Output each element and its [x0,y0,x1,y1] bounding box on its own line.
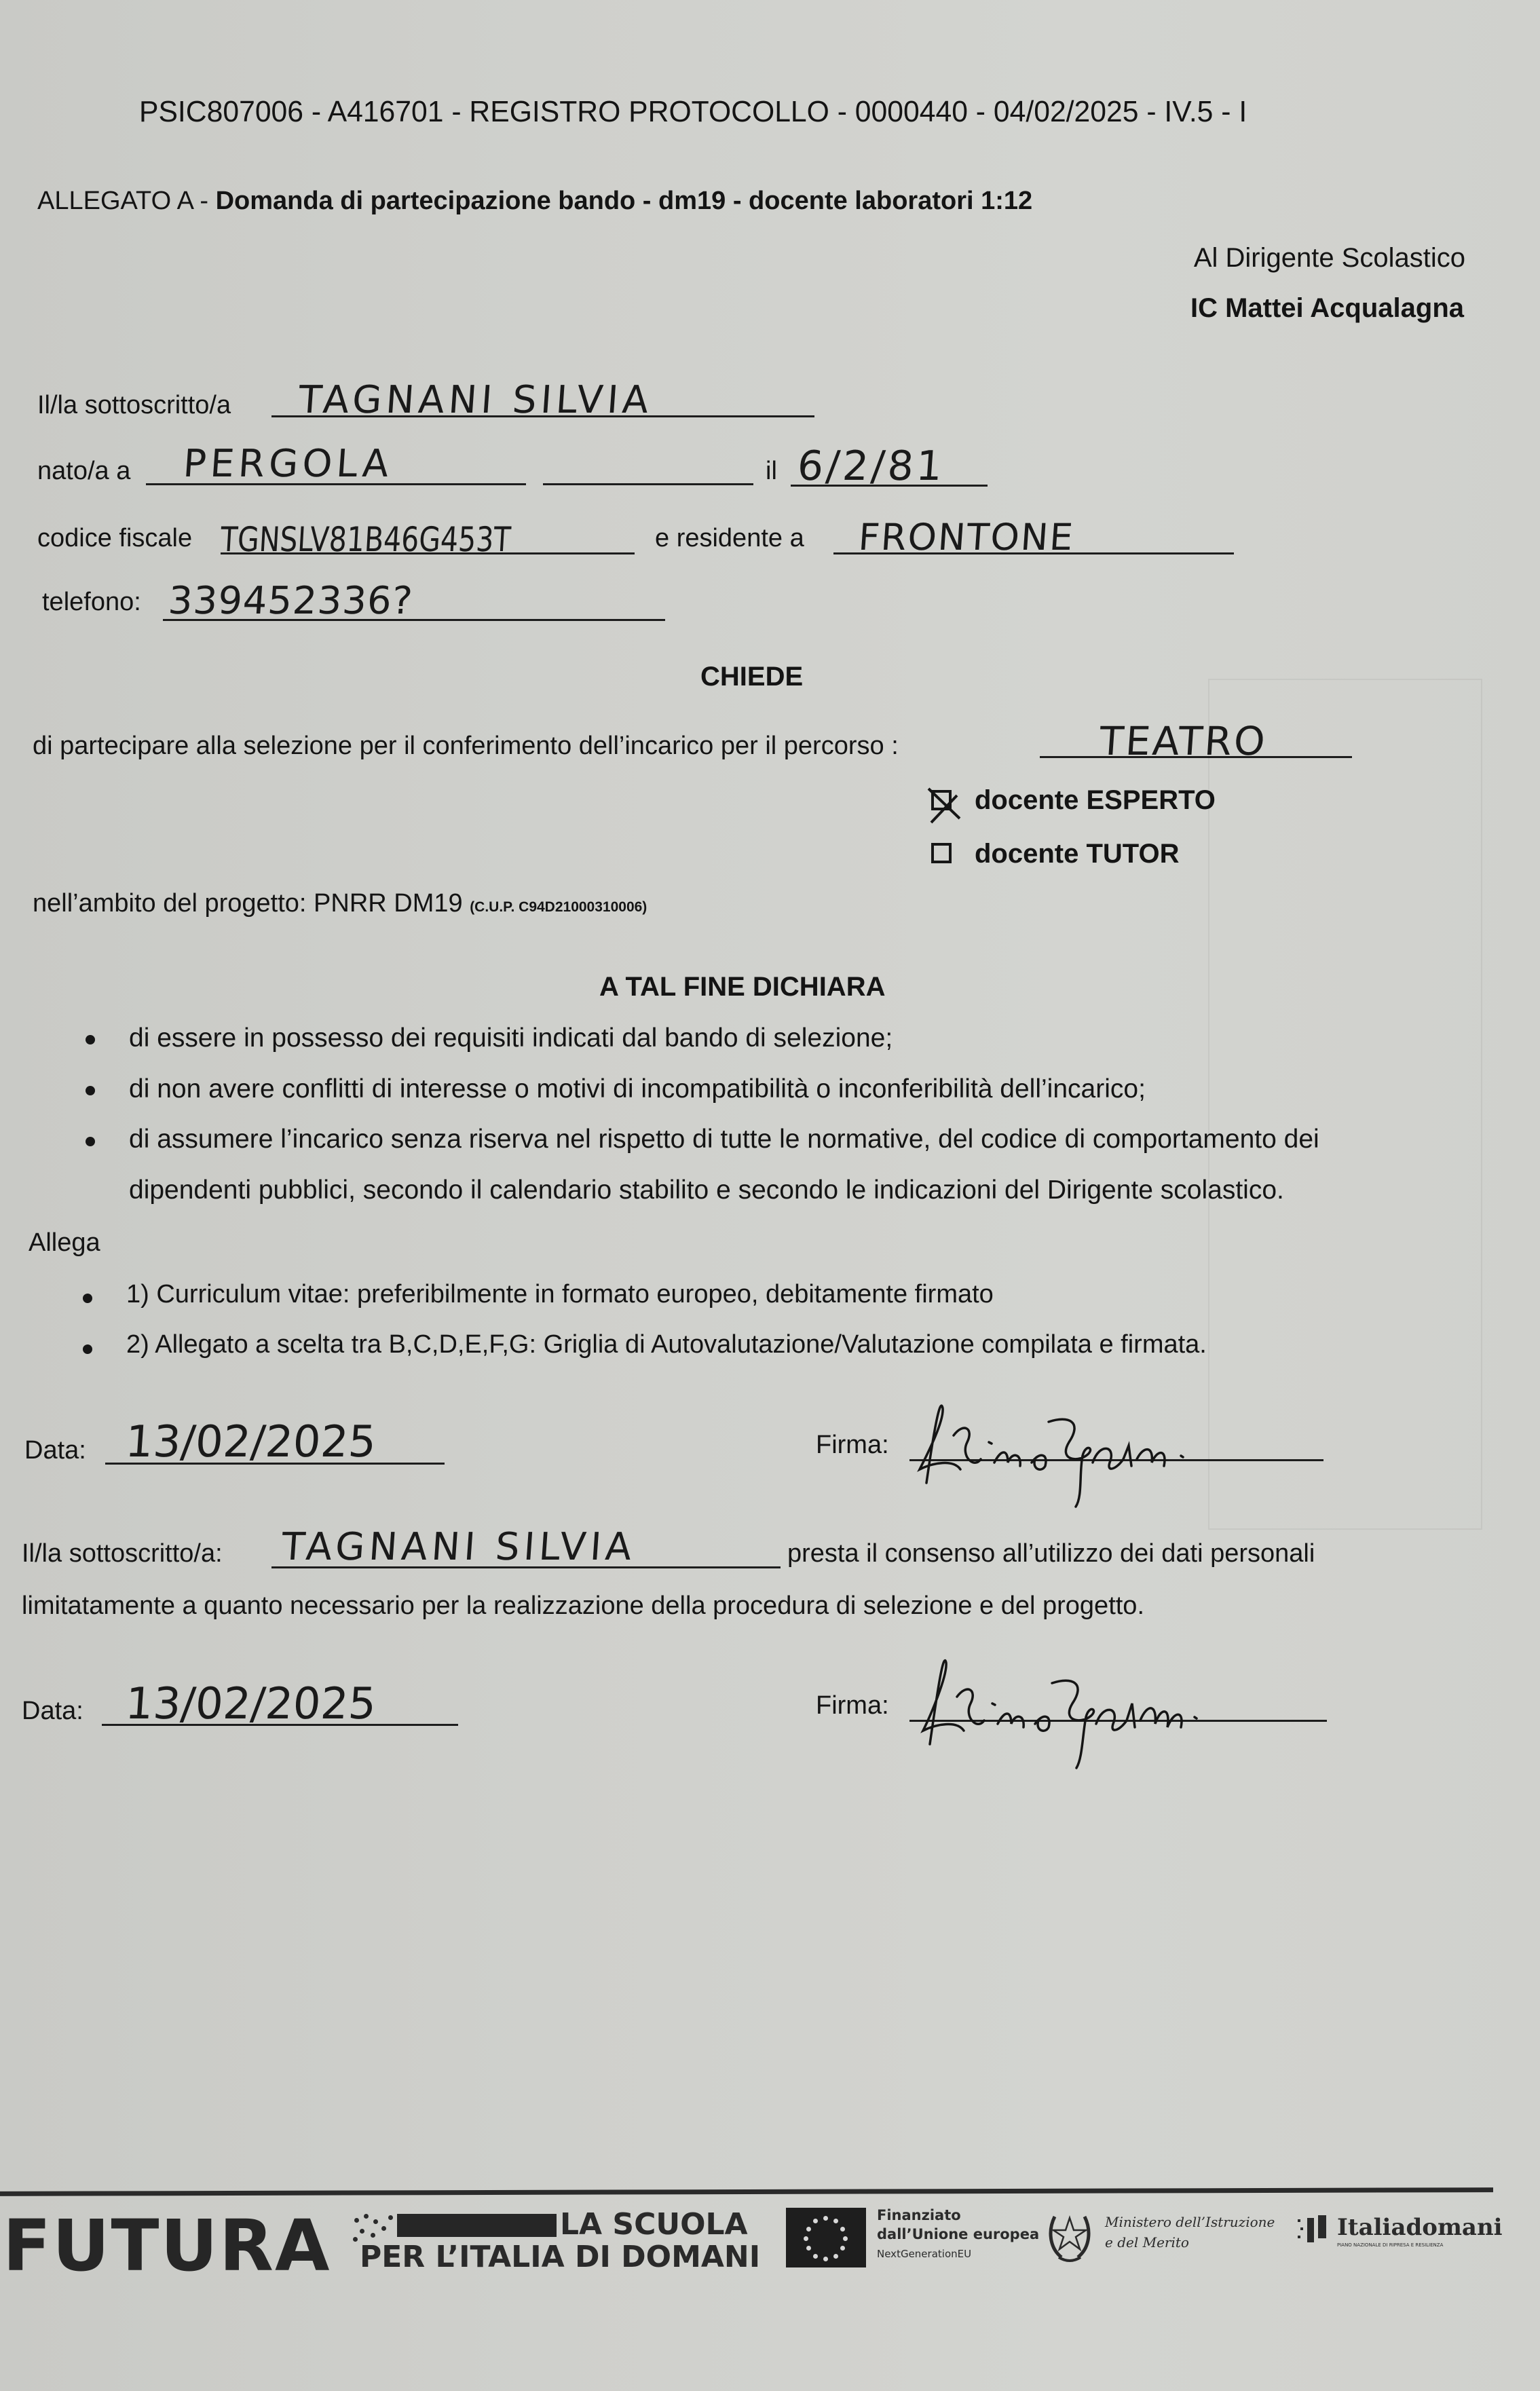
bullet-icon [86,1086,95,1095]
attachment-item: 1) Curriculum vitae: preferibilmente in … [126,1280,994,1309]
request-heading: CHIEDE [700,662,803,692]
date-value-1: 13/02/2025 [126,1417,376,1467]
handwritten-signature-2 [916,1649,1296,1771]
name-label: Il/la sottoscritto/a [37,391,231,420]
scuola-logo-bar [397,2214,557,2237]
declaration-heading: A TAL FINE DICHIARA [599,972,885,1002]
declaration-item: di essere in possesso dei requisiti indi… [129,1023,893,1053]
tax-code-value: TGNSLV81B46G453T [221,516,574,560]
futura-logo: FUTURA [3,2204,331,2287]
date-label-2: Data: [22,1697,83,1726]
bullet-icon [83,1294,92,1303]
consent-text-line2: limitatamente a quanto necessario per la… [22,1592,1144,1621]
allegato-prefix: ALLEGATO A - [37,187,216,215]
name-value: TAGNANI SILVIA [299,377,652,422]
attachment-item: 2) Allegato a scelta tra B,C,D,E,F,G: Gr… [126,1330,1207,1359]
phone-label: telefono: [42,588,141,617]
project-cup: (C.U.P. C94D21000310006) [470,899,647,915]
ministry-line-2: e del Merito [1105,2234,1189,2251]
request-text: di partecipare alla selezione per il con… [33,732,899,761]
italian-republic-emblem-icon [1045,2203,1094,2263]
tax-code-label: codice fiscale [37,524,192,553]
bullet-icon [86,1035,95,1044]
handwritten-signature-1 [913,1395,1293,1510]
course-value: TEATRO [1100,718,1267,764]
bullet-icon [86,1137,95,1146]
birthplace-extra-field [543,483,753,485]
date-label-1: Data: [24,1436,86,1465]
role-tutor-label: docente TUTOR [975,839,1180,869]
declaration-item: di assumere l’incarico senza riserva nel… [129,1125,1319,1154]
role-esperto-label: docente ESPERTO [975,785,1216,816]
birthplace-value: PERGOLA [183,441,392,486]
eu-flag-icon [786,2208,866,2267]
residence-label: e residente a [655,524,804,553]
allegato-heading: Domanda di partecipazione bando - dm19 -… [216,187,1033,215]
role-tutor-checkbox[interactable] [931,843,952,863]
italiadomani-wordmark: Italiadomani [1337,2214,1503,2241]
declaration-item: di non avere conflitti di interesse o mo… [129,1074,1146,1104]
signature-label-2: Firma: [816,1691,889,1720]
consent-text: presta il consenso all’utilizzo dei dati… [787,1539,1315,1568]
signature-label-1: Firma: [816,1431,889,1460]
birthdate-value: 6/2/81 [797,443,945,490]
recipient-school: IC Mattei Acqualagna [1190,293,1464,324]
scuola-line-2: PER L’ITALIA DI DOMANI [360,2240,760,2274]
recipient-line-1: Al Dirigente Scolastico [1194,243,1465,274]
allegato-title: ALLEGATO A - Domanda di partecipazione b… [37,187,1032,216]
attachments-heading: Allega [29,1228,100,1258]
role-esperto-checkbox[interactable] [931,790,952,810]
consent-label: Il/la sottoscritto/a: [22,1539,223,1568]
project-line: nell’ambito del progetto: PNRR DM19 (C.U… [33,889,647,918]
protocol-stamp: PSIC807006 - A416701 - REGISTRO PROTOCOL… [139,95,1247,129]
birthplace-label: nato/a a [37,457,130,486]
scuola-line-1: LA SCUOLA [560,2207,748,2242]
birthdate-label: il [766,457,777,486]
project-label: nell’ambito del progetto: PNRR DM19 [33,889,463,918]
italiadomani-subtitle: PIANO NAZIONALE DI RIPRESA E RESILIENZA [1337,2242,1443,2248]
consent-name-value: TAGNANI SILVIA [282,1524,635,1569]
declaration-item-continuation: dipendenti pubblici, secondo il calendar… [129,1175,1284,1205]
italiadomani-logo-icon [1298,2214,1332,2244]
eu-funding-line-1: Finanziato [877,2207,961,2223]
footer-divider [0,2187,1493,2196]
check-mark-x-icon [926,786,962,824]
eu-funding-line-3: NextGenerationEU [877,2248,971,2260]
phone-value: 339452336? [168,578,413,623]
ministry-line-1: Ministero dell’Istruzione [1105,2214,1275,2230]
date-value-2: 13/02/2025 [126,1679,376,1729]
bullet-icon [83,1344,92,1354]
residence-value: FRONTONE [859,514,1074,559]
eu-funding-line-2: dall’Unione europea [877,2226,1039,2242]
